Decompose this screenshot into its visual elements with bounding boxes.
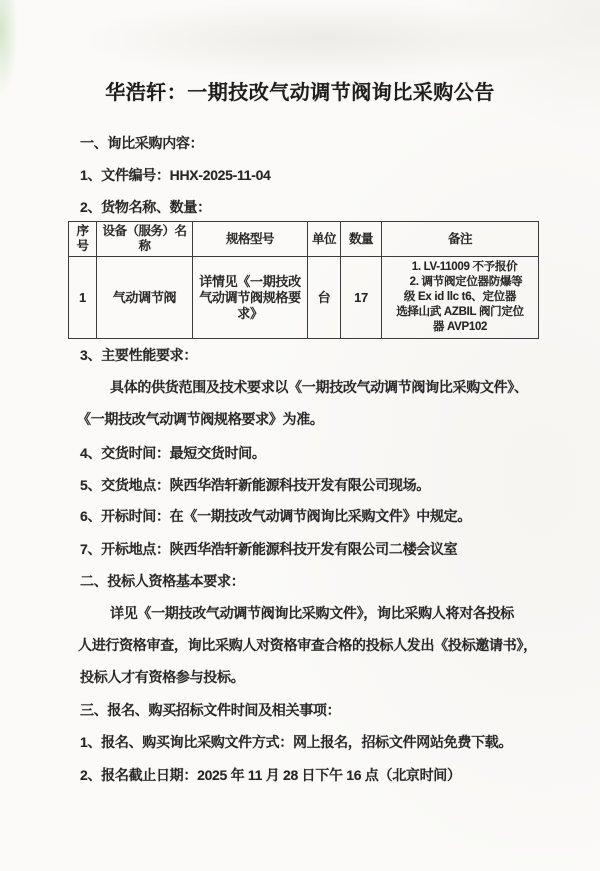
performance-requirement-line: 3、主要性能要求： xyxy=(80,346,197,364)
table-header-row: 序号 设备（服务）名称 规格型号 单位 数量 备注 xyxy=(69,222,539,257)
supply-scope-line-1: 具体的供货范围及技术要求以《一期技改气动调节阀询比采购文件》、 xyxy=(110,378,528,396)
qualification-line-3: 投标人才有资格参与投标。 xyxy=(80,668,244,686)
cell-unit: 台 xyxy=(308,257,341,339)
remark-line: 级 Ex id llc t6、定位器 xyxy=(385,290,535,305)
cell-spec: 详情见《一期技改气动调节阀规格要求》 xyxy=(193,257,308,339)
qualification-line-1: 详见《一期技改气动调节阀询比采购文件》，询比采购人将对各投标 xyxy=(110,604,514,622)
qualification-line-2: 人进行资格审查，询比采购人对资格审查合格的投标人发出《投标邀请书》， xyxy=(78,636,537,654)
registration-method-line: 1、报名、购买询比采购文件方式：网上报名，招标文件网站免费下载。 xyxy=(80,733,512,751)
supply-scope-line-2: 《一期技改气动调节阀规格要求》为准。 xyxy=(77,410,324,428)
col-header-unit: 单位 xyxy=(308,222,341,257)
remark-line: 2. 调节阀定位器防爆等 xyxy=(385,275,535,290)
goods-name-qty-line: 2、货物名称、数量： xyxy=(80,198,211,216)
col-header-seq: 序号 xyxy=(69,222,97,257)
col-header-qty: 数量 xyxy=(341,222,382,257)
col-header-spec: 规格型号 xyxy=(193,222,308,257)
section3-heading: 三、报名、购买招标文件时间及相关事项： xyxy=(80,701,340,719)
remark-line: 选择山武 AZBIL 阀门定位 xyxy=(385,305,535,320)
remark-line: 器 AVP102 xyxy=(385,320,535,335)
col-header-remark: 备注 xyxy=(382,222,539,257)
table-row: 1 气动调节阀 详情见《一期技改气动调节阀规格要求》 台 17 1. LV-11… xyxy=(69,257,539,339)
delivery-time-line: 4、交货时间：最短交货时间。 xyxy=(80,444,266,462)
section1-heading: 一、询比采购内容： xyxy=(80,134,203,152)
col-header-name: 设备（服务）名称 xyxy=(97,222,193,257)
cell-qty: 17 xyxy=(341,257,382,339)
registration-deadline-line: 2、报名截止日期：2025 年 11 月 28 日下午 16 点（北京时间） xyxy=(80,766,461,784)
goods-table: 序号 设备（服务）名称 规格型号 单位 数量 备注 1 气动调节阀 详情见《一期… xyxy=(68,221,539,339)
cell-seq: 1 xyxy=(69,257,97,339)
remark-line: 1. LV-11009 不予报价 xyxy=(385,260,535,275)
cell-remark: 1. LV-11009 不予报价 2. 调节阀定位器防爆等 级 Ex id ll… xyxy=(382,257,539,339)
document-page: 华浩轩：一期技改气动调节阀询比采购公告 一、询比采购内容： 1、文件编号：HHX… xyxy=(0,0,600,871)
document-title: 华浩轩：一期技改气动调节阀询比采购公告 xyxy=(0,76,600,105)
file-number-line: 1、文件编号：HHX-2025-11-04 xyxy=(80,166,271,184)
section2-heading: 二、投标人资格基本要求： xyxy=(80,572,244,590)
cell-name: 气动调节阀 xyxy=(97,257,193,339)
bid-opening-place-line: 7、开标地点：陕西华浩轩新能源科技开发有限公司二楼会议室 xyxy=(80,540,457,558)
bid-opening-time-line: 6、开标时间：在《一期技改气动调节阀询比采购文件》中规定。 xyxy=(80,507,471,525)
delivery-place-line: 5、交货地点：陕西华浩轩新能源科技开发有限公司现场。 xyxy=(80,476,430,494)
